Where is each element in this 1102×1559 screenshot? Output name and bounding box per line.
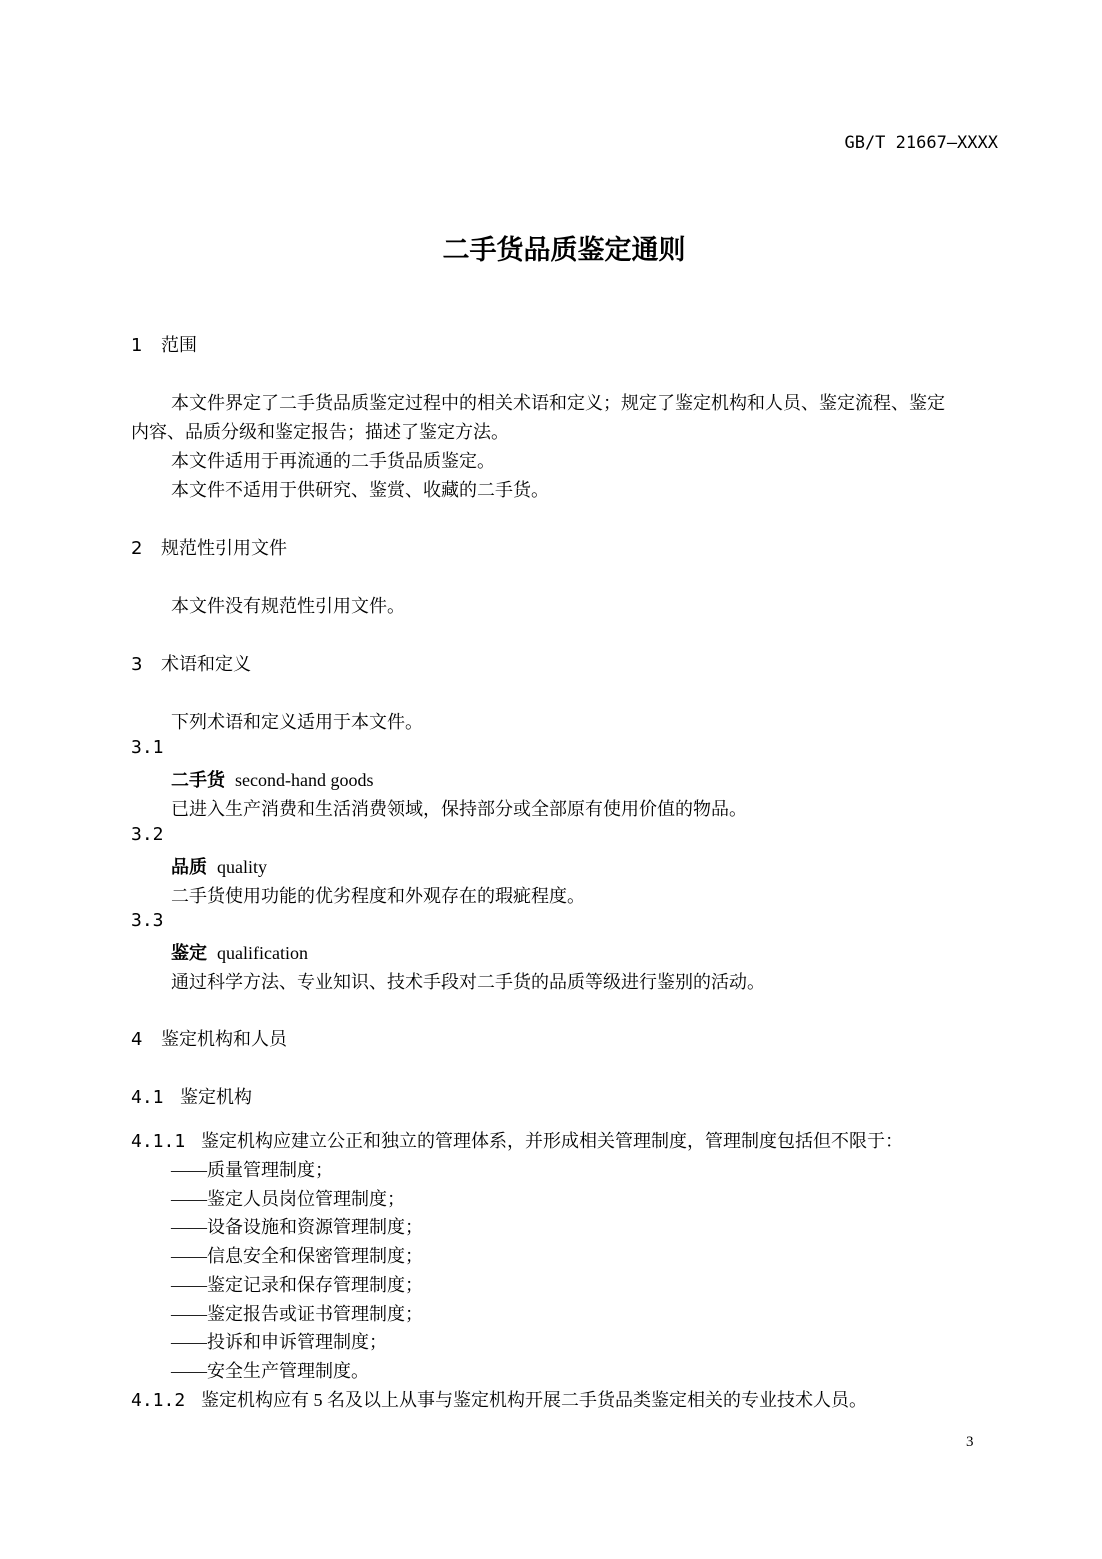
list-item: ——信息安全和保密管理制度；	[171, 1242, 423, 1268]
section-title: 范围	[161, 335, 197, 356]
term-en: second-hand goods	[235, 770, 373, 790]
section-number: 1	[131, 335, 161, 356]
term-entry: 品质quality	[171, 853, 267, 879]
paragraph-continued: 内容、品质分级和鉴定报告；描述了鉴定方法。	[131, 418, 509, 444]
list-item: ——设备设施和资源管理制度；	[171, 1213, 423, 1239]
term-zh: 鉴定	[171, 943, 207, 964]
section-number: 3	[131, 654, 161, 675]
clause-number: 4.1.2	[131, 1390, 201, 1411]
paragraph: 本文件界定了二手货品质鉴定过程中的相关术语和定义；规定了鉴定机构和人员、鉴定流程…	[171, 389, 945, 415]
clause-4-1-1: 4.1.1鉴定机构应建立公正和独立的管理体系，并形成相关管理制度，管理制度包括但…	[131, 1127, 903, 1153]
clause-text: 鉴定机构应有 5 名及以上从事与鉴定机构开展二手货品类鉴定相关的专业技术人员。	[201, 1390, 867, 1410]
section-number: 2	[131, 538, 161, 559]
paragraph: 下列术语和定义适用于本文件。	[171, 708, 423, 734]
term-zh: 二手货	[171, 770, 225, 791]
paragraph: 本文件没有规范性引用文件。	[171, 592, 405, 618]
section-heading-institutions: 4鉴定机构和人员	[131, 1025, 287, 1051]
page-number: 3	[966, 1434, 974, 1451]
subsection-title: 鉴定机构	[180, 1087, 252, 1108]
term-number: 3.2	[131, 824, 164, 845]
term-entry: 二手货second-hand goods	[171, 766, 373, 792]
standard-number: GB/T 21667—XXXX	[844, 133, 998, 153]
section-heading-normative-references: 2规范性引用文件	[131, 534, 287, 560]
term-definition: 通过科学方法、专业知识、技术手段对二手货的品质等级进行鉴别的活动。	[171, 968, 765, 994]
paragraph: 本文件适用于再流通的二手货品质鉴定。	[171, 447, 495, 473]
list-item: ——鉴定记录和保存管理制度；	[171, 1271, 423, 1297]
section-heading-terms: 3术语和定义	[131, 650, 251, 676]
term-number: 3.3	[131, 910, 164, 931]
list-item: ——鉴定人员岗位管理制度；	[171, 1185, 405, 1211]
term-zh: 品质	[171, 857, 207, 878]
clause-text: 鉴定机构应建立公正和独立的管理体系，并形成相关管理制度，管理制度包括但不限于：	[201, 1131, 903, 1151]
paragraph: 本文件不适用于供研究、鉴赏、收藏的二手货。	[171, 476, 549, 502]
term-definition: 二手货使用功能的优劣程度和外观存在的瑕疵程度。	[171, 882, 585, 908]
subsection-number: 4.1	[131, 1087, 180, 1108]
term-number: 3.1	[131, 737, 164, 758]
document-title: 二手货品质鉴定通则	[0, 228, 1102, 267]
list-item: ——鉴定报告或证书管理制度；	[171, 1300, 423, 1326]
section-heading-scope: 1范围	[131, 331, 197, 357]
term-definition: 已进入生产消费和生活消费领域，保持部分或全部原有使用价值的物品。	[171, 795, 747, 821]
section-title: 鉴定机构和人员	[161, 1029, 287, 1050]
term-en: qualification	[217, 943, 308, 963]
term-en: quality	[217, 857, 267, 877]
section-number: 4	[131, 1029, 161, 1050]
clause-number: 4.1.1	[131, 1131, 201, 1152]
term-entry: 鉴定qualification	[171, 939, 308, 965]
section-title: 规范性引用文件	[161, 538, 287, 559]
list-item: ——质量管理制度；	[171, 1156, 333, 1182]
clause-4-1-2: 4.1.2鉴定机构应有 5 名及以上从事与鉴定机构开展二手货品类鉴定相关的专业技…	[131, 1386, 867, 1412]
list-item: ——安全生产管理制度。	[171, 1357, 369, 1383]
list-item: ——投诉和申诉管理制度；	[171, 1328, 387, 1354]
subsection-heading-institution: 4.1鉴定机构	[131, 1083, 252, 1109]
section-title: 术语和定义	[161, 654, 251, 675]
